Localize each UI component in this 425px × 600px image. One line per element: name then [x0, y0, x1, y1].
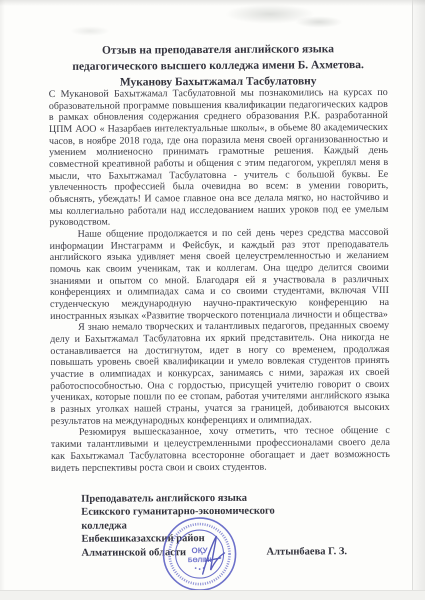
document-content: Отзыв на преподавателя английского языка… — [0, 0, 425, 600]
signee-name: Алтынбаева Г. З. — [266, 545, 347, 559]
title-line-2: педагогического высшего колледжа имени Б… — [49, 57, 388, 75]
official-stamp-icon: ОҚУ БӨЛІМІ — [161, 516, 237, 592]
document-title: Отзыв на преподавателя английского языка… — [48, 41, 387, 91]
paragraph-2: Наше общение продолжается и по сей день … — [50, 227, 390, 322]
paragraph-1: С Мукановой Бахытжамал Тасбулатовной мы … — [49, 87, 389, 229]
scan-edge-top — [0, 0, 425, 6]
scan-edge-left — [0, 0, 5, 600]
scanned-document-page: Отзыв на преподавателя английского языка… — [0, 0, 425, 600]
scan-edge-bottom — [0, 590, 425, 600]
paragraph-4: Резюмируя вышесказанное, хочу отметить, … — [51, 425, 390, 474]
paragraph-3: Я знаю немало творческих и талантливых п… — [50, 320, 390, 427]
scan-edge-right — [412, 0, 425, 600]
stamp-text-line1: ОҚУ — [191, 546, 208, 555]
document-body: С Мукановой Бахытжамал Тасбулатовной мы … — [49, 87, 390, 474]
